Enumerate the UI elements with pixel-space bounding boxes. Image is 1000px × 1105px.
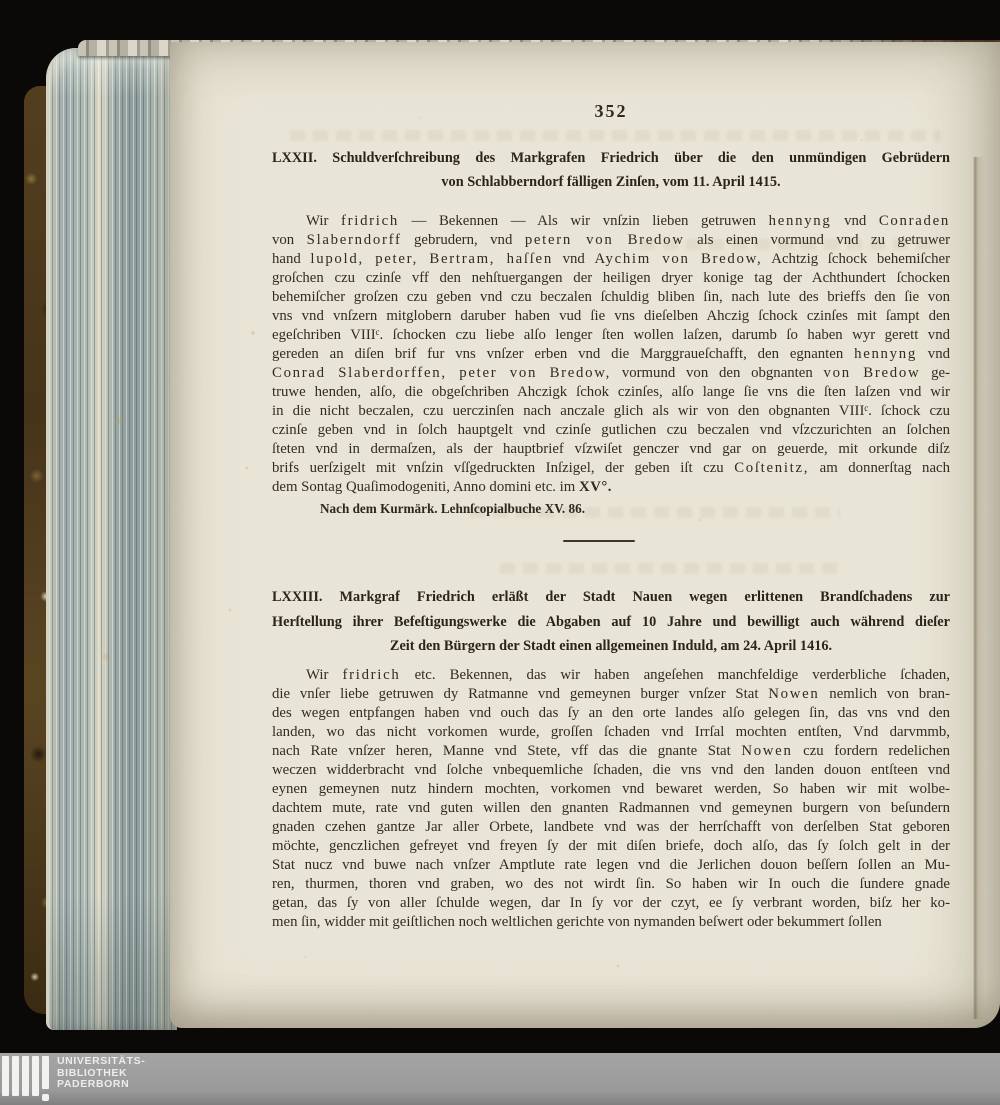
page-gutter-crease xyxy=(973,157,1000,1019)
page-number: 352 xyxy=(272,101,950,122)
body-text-line: weczen widderbracht vnd ſolche vnbequeml… xyxy=(272,761,950,780)
text-run: vnd xyxy=(832,213,879,229)
text-run: die vnſer liebe getruwen dy Ratmanne vnd… xyxy=(272,686,768,702)
body-text-line: des wegen entpfangen haben vnd ouch das … xyxy=(272,704,950,723)
text-run: in die nicht beczalen, czu uerczinſen na… xyxy=(272,403,950,419)
body-text-line: brifs uerſzigelt mit vnſzin vſſgedruckte… xyxy=(272,459,950,478)
text-run: von xyxy=(272,232,307,248)
text-run: dem Sontag Quaſimodogeniti, Anno domini … xyxy=(272,479,579,495)
text-run: gnaden czehen gantze Jar aller Orbete, l… xyxy=(272,819,950,835)
section-divider-rule xyxy=(563,540,635,542)
library-name-line3: PADERBORN xyxy=(57,1079,145,1091)
heading-line: Herſtellung ihrer Befeſtigungswerke die … xyxy=(272,610,950,635)
letterspaced-name: hennyng xyxy=(854,346,917,362)
text-run: groſchen czu czinſe vff den nehſtuergang… xyxy=(272,270,950,286)
text-run: ſteten vnd in dermaſzen, als der hauptbr… xyxy=(272,441,950,457)
page-block-fore-edges xyxy=(46,48,177,1030)
body-text-line: ren, thurmen, thoren vnd graben, wo des … xyxy=(272,875,950,894)
text-run: möchte, genczlichen gefreyet vnd freyen … xyxy=(272,838,950,854)
logo-bar-icon xyxy=(32,1056,39,1096)
text-run: landen, wo das nicht vorkomen wurde, gro… xyxy=(272,724,950,740)
body-text-line: gereden an diſen brif fur vns vnſzer erb… xyxy=(272,345,950,364)
text-run: ren, thurmen, thoren vnd graben, wo des … xyxy=(272,876,950,892)
body-text-line: vns vnd vnſzern mitglobern daruber haben… xyxy=(272,307,950,326)
text-run: nemlich von bran- xyxy=(820,686,950,702)
heading-line: Zeit den Bürgern der Stadt einen allgeme… xyxy=(272,634,950,659)
logo-bar-icon xyxy=(12,1056,19,1096)
body-text-line: hand lupold, peter, Bertram, haſſen vnd … xyxy=(272,250,950,269)
body-text-line: nach Rate vnſzer heren, Manne vnd Stete,… xyxy=(272,742,950,761)
letterspaced-name: Conrad Slaberdorffen, peter von Bredow, xyxy=(272,365,611,381)
library-footer-band: UNIVERSITÄTS- BIBLIOTHEK PADERBORN xyxy=(0,1053,1000,1105)
text-run: Stat nucz vnd buwe nach vnſzer Amptlute … xyxy=(272,857,950,873)
library-name: UNIVERSITÄTS- BIBLIOTHEK PADERBORN xyxy=(57,1056,145,1091)
text-run: hand xyxy=(272,251,310,267)
text-run: etc. Bekennen, das wir haben angeſehen m… xyxy=(400,667,950,683)
text-run: dachtem mute, rate vnd guten willen den … xyxy=(272,800,950,816)
text-run: czu fordern redelichen xyxy=(793,743,950,759)
text-column: 352 LXXII. Schuldverſchreibung des Markg… xyxy=(272,42,950,1028)
book-scan-photo: 352 LXXII. Schuldverſchreibung des Markg… xyxy=(0,0,1000,1105)
text-run: Achtzig ſchock behemiſcher xyxy=(762,251,950,267)
letterspaced-name: Conraden xyxy=(879,213,950,229)
text-run: nach Rate vnſzer heren, Manne vnd Stete,… xyxy=(272,743,741,759)
book-page: 352 LXXII. Schuldverſchreibung des Markg… xyxy=(170,42,1000,1028)
body-text-line: dem Sontag Quaſimodogeniti, Anno domini … xyxy=(272,478,950,497)
text-run: men ſin, widder mit geiſtlichen noch wel… xyxy=(272,914,882,930)
letterspaced-name: Nowen xyxy=(741,743,792,759)
text-run: des wegen entpfangen haben vnd ouch das … xyxy=(272,705,950,721)
text-run: czinſe geben vnd in ſolch hauptgelt vnd … xyxy=(272,422,950,438)
text-run: vns vnd vnſzern mitglobern daruber haben… xyxy=(272,308,950,324)
body-text-line: Wir fridrich — Bekennen — Als wir vnſzin… xyxy=(272,212,950,231)
paderborn-library-logo xyxy=(2,1053,54,1105)
text-run: egeſchriben VIIIᶜ. ſchocken czu liebe al… xyxy=(272,327,950,343)
heading-line: von Schlabberndorf fälligen Zinſen, vom … xyxy=(272,170,950,194)
letterspaced-name: petern von Bredow xyxy=(525,232,685,248)
heading-line: LXXII. Schuldverſchreibung des Markgrafe… xyxy=(272,146,950,170)
body-text-line: Wir fridrich etc. Bekennen, das wir habe… xyxy=(272,666,950,685)
letterspaced-name: Nowen xyxy=(768,686,819,702)
text-run: vormund von den obgnanten xyxy=(611,365,823,381)
text-run: als einen vormund vnd zu getruwer xyxy=(685,232,950,248)
text-run: vnd xyxy=(917,346,950,362)
text-run: behemiſcher groſzen czu geben vnd czu be… xyxy=(272,289,950,305)
body-text-line: men ſin, widder mit geiſtlichen noch wel… xyxy=(272,913,950,932)
letterspaced-name: Coſtenitz, xyxy=(734,460,809,476)
text-run: gereden an diſen brif fur vns vnſzer erb… xyxy=(272,346,854,362)
bold-text: XV°. xyxy=(579,479,612,495)
body-text-line: behemiſcher groſzen czu geben vnd czu be… xyxy=(272,288,950,307)
body-text-line: Stat nucz vnd buwe nach vnſzer Amptlute … xyxy=(272,856,950,875)
body-text-line: dachtem mute, rate vnd guten willen den … xyxy=(272,799,950,818)
logo-bar-icon xyxy=(2,1056,9,1096)
text-run: am donnerſtag nach xyxy=(809,460,950,476)
section-lxxii-body: Wir fridrich — Bekennen — Als wir vnſzin… xyxy=(272,212,950,497)
body-text-line: gnaden czehen gantze Jar aller Orbete, l… xyxy=(272,818,950,837)
library-name-line1: UNIVERSITÄTS- xyxy=(57,1056,145,1068)
body-text-line: truwe henden, alſo, die obgeſchriben Ahc… xyxy=(272,383,950,402)
letterspaced-name: Aychim von Bredow, xyxy=(594,251,762,267)
body-text-line: landen, wo das nicht vorkomen wurde, gro… xyxy=(272,723,950,742)
heading-line: LXXIII. Markgraf Friedrich erläßt der St… xyxy=(272,585,950,610)
letterspaced-name: lupold, peter, Bertram, haſſen xyxy=(310,251,553,267)
body-text-line: von Slaberndorff gebrudern, vnd petern v… xyxy=(272,231,950,250)
logo-exclamation-bar-icon xyxy=(42,1056,49,1089)
text-run: eynen gemeynen nutz hindern mochten, vor… xyxy=(272,781,950,797)
letterspaced-name: hennyng xyxy=(769,213,832,229)
body-text-line: eynen gemeynen nutz hindern mochten, vor… xyxy=(272,780,950,799)
text-run: Wir xyxy=(306,667,343,683)
section-lxxiii-heading: LXXIII. Markgraf Friedrich erläßt der St… xyxy=(272,585,950,659)
letterspaced-name: Slaberndorff xyxy=(307,232,402,248)
text-run: brifs uerſzigelt mit vnſzin vſſgedruckte… xyxy=(272,460,734,476)
letterspaced-name: von Bredow xyxy=(824,365,921,381)
logo-bar-icon xyxy=(22,1056,29,1096)
body-text-line: Conrad Slaberdorffen, peter von Bredow, … xyxy=(272,364,950,383)
body-text-line: czinſe geben vnd in ſolch hauptgelt vnd … xyxy=(272,421,950,440)
letterspaced-name: fridrich xyxy=(341,213,399,229)
letterspaced-name: fridrich xyxy=(343,667,401,683)
text-run: — Bekennen — Als wir vnſzin lieben getru… xyxy=(399,213,769,229)
body-text-line: ſteten vnd in dermaſzen, als der hauptbr… xyxy=(272,440,950,459)
logo-exclamation-dot-icon xyxy=(42,1094,49,1101)
text-run: getan, das ſy von aller ſchulde wegen, d… xyxy=(272,895,950,911)
section-lxxii-heading: LXXII. Schuldverſchreibung des Markgrafe… xyxy=(272,146,950,194)
section-lxxiii-body: Wir fridrich etc. Bekennen, das wir habe… xyxy=(272,666,950,932)
body-text-line: möchte, genczlichen gefreyet vnd freyen … xyxy=(272,837,950,856)
body-text-line: groſchen czu czinſe vff den nehſtuergang… xyxy=(272,269,950,288)
source-note: Nach dem Kurmärk. Lehnſcopialbuche XV. 8… xyxy=(320,501,585,517)
text-run: ge- xyxy=(920,365,950,381)
text-run: Wir xyxy=(306,213,341,229)
text-run: weczen widderbracht vnd ſolche vnbequeml… xyxy=(272,762,950,778)
body-text-line: getan, das ſy von aller ſchulde wegen, d… xyxy=(272,894,950,913)
body-text-line: egeſchriben VIIIᶜ. ſchocken czu liebe al… xyxy=(272,326,950,345)
body-text-line: die vnſer liebe getruwen dy Ratmanne vnd… xyxy=(272,685,950,704)
text-run: vnd xyxy=(553,251,595,267)
text-run: truwe henden, alſo, die obgeſchriben Ahc… xyxy=(272,384,950,400)
body-text-line: in die nicht beczalen, czu uerczinſen na… xyxy=(272,402,950,421)
text-run: gebrudern, vnd xyxy=(402,232,525,248)
